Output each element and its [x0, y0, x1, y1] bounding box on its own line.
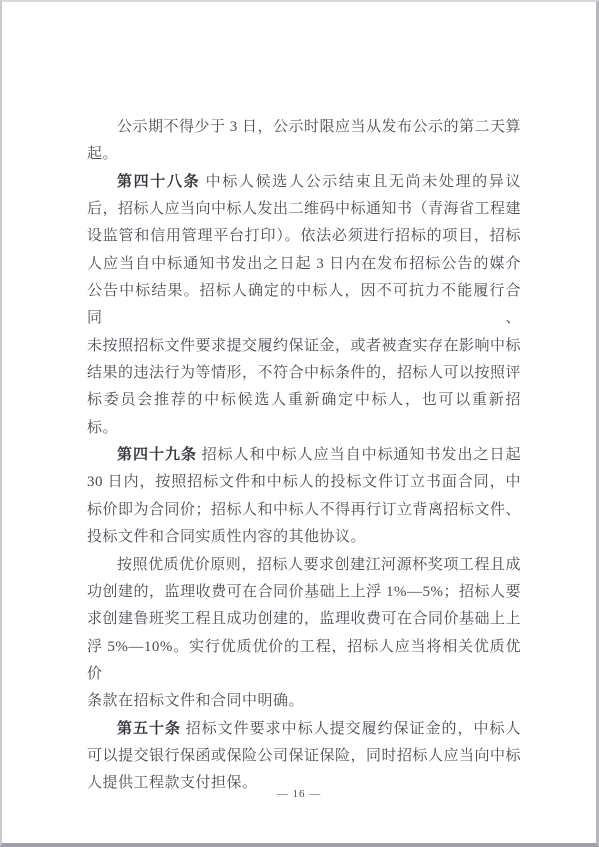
text-line: 条款在招标文件和合同中明确。	[87, 688, 521, 715]
text-line: 投标文件和合同实质性内容的其他协议。	[87, 524, 521, 551]
text-line: 按照优质优价原则，招标人要求创建江河源杯奖项工程且成	[87, 552, 521, 579]
text-line: 人应当自中标通知书发出之日起 3 日内在发布招标公告的媒介	[87, 251, 521, 278]
page-number: — 16 —	[2, 788, 596, 800]
text-line: 结果的违法行为等情形，不符合中标条件的，招标人可以按照评	[87, 360, 521, 387]
text-line: 标。	[87, 415, 521, 442]
text-line: 功创建的，监理收费可在合同价基础上上浮 1%—5%；招标人要	[87, 579, 521, 606]
document-body: 公示期不得少于 3 日，公示时限应当从发布公示的第二天算起。第四十八条 中标人候…	[87, 114, 521, 798]
article-heading-line: 第五十条 招标文件要求中标人提交履约保证金的，中标人	[87, 716, 521, 743]
text-line: 公示期不得少于 3 日，公示时限应当从发布公示的第二天算	[87, 114, 521, 141]
document-page: 公示期不得少于 3 日，公示时限应当从发布公示的第二天算起。第四十八条 中标人候…	[0, 0, 599, 847]
text-line: 30 日内，按照招标文件和中标人的投标文件订立书面合同，中	[87, 469, 521, 496]
text-line: 标委员会推荐的中标候选人重新确定中标人，也可以重新招	[87, 387, 521, 414]
text-line: 浮 5%—10%。实行优质优价的工程，招标人应当将相关优质优价	[87, 634, 521, 689]
text-line: 起。	[87, 141, 521, 168]
article-heading-line: 第四十八条 中标人候选人公示结束且无尚未处理的异议	[87, 169, 521, 196]
article-number: 第四十九条	[117, 447, 197, 463]
text-line: 可以提交银行保函或保险公司保证保险，同时招标人应当向中标	[87, 743, 521, 770]
article-number: 第四十八条	[117, 174, 200, 190]
text-line: 求创建鲁班奖工程且成功创建的，监理收费可在合同价基础上上	[87, 606, 521, 633]
article-heading-line: 第四十九条 招标人和中标人应当自中标通知书发出之日起	[87, 442, 521, 469]
text-line: 未按照招标文件要求提交履约保证金，或者被查实存在影响中标	[87, 333, 521, 360]
text-line: 公告中标结果。招标人确定的中标人，因不可抗力不能履行合同、	[87, 278, 521, 333]
text-line: 设监管和信用管理平台打印）。依法必须进行招标的项目，招标	[87, 223, 521, 250]
text-line: 标价即为合同价；招标人和中标人不得再行订立背离招标文件、	[87, 497, 521, 524]
article-number: 第五十条	[117, 721, 181, 737]
text-line: 后，招标人应当向中标人发出二维码中标通知书（青海省工程建	[87, 196, 521, 223]
